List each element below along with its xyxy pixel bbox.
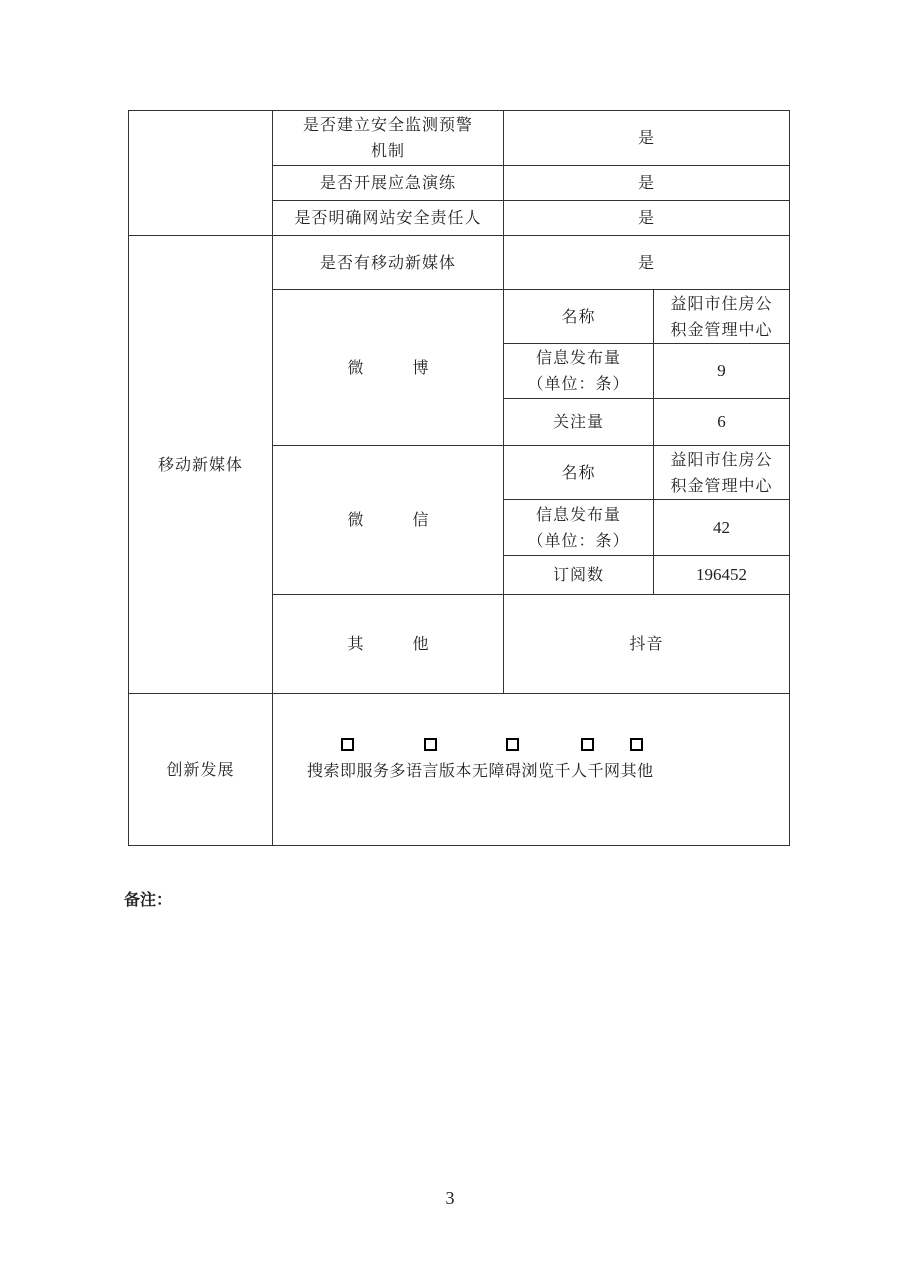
wechat-posts-label-line1: 信息发布量 xyxy=(536,502,621,528)
security-monitoring-value: 是 xyxy=(503,110,790,166)
security-monitoring-label-line2: 机制 xyxy=(371,138,405,164)
wechat-label-text: 微 信 xyxy=(325,507,450,533)
wechat-name-label: 名称 xyxy=(503,445,654,500)
checkbox-icon[interactable] xyxy=(424,738,437,751)
wechat-posts-label: 信息发布量 （单位：条） xyxy=(503,499,654,556)
option-personalized[interactable]: 千人千网 xyxy=(555,732,621,784)
security-officer-value-text: 是 xyxy=(638,205,655,231)
emergency-drill-label: 是否开展应急演练 xyxy=(272,165,504,201)
page-number: 3 xyxy=(0,1188,900,1209)
option-label: 搜索即服务 xyxy=(307,758,390,784)
option-multilingual[interactable]: 多语言版本 xyxy=(390,732,473,784)
has-mobile-media-label-text: 是否有移动新媒体 xyxy=(320,250,456,276)
wechat-name-value: 益阳市住房公 积金管理中心 xyxy=(653,445,790,500)
security-section-label-cell xyxy=(128,110,273,236)
weibo-posts-value: 9 xyxy=(653,343,790,399)
option-accessibility[interactable]: 无障碍浏览 xyxy=(472,732,555,784)
weibo-posts-label: 信息发布量 （单位：条） xyxy=(503,343,654,399)
innovation-section-label: 创新发展 xyxy=(128,693,273,846)
weibo-name-label-text: 名称 xyxy=(561,304,595,330)
mobile-media-section-label-text: 移动新媒体 xyxy=(158,452,243,478)
wechat-subscribers-value: 196452 xyxy=(653,555,790,595)
has-mobile-media-label: 是否有移动新媒体 xyxy=(272,235,504,290)
weibo-label-text: 微 博 xyxy=(325,355,450,381)
has-mobile-media-value: 是 xyxy=(503,235,790,290)
innovation-section-label-text: 创新发展 xyxy=(166,757,234,783)
wechat-subscribers-label: 订阅数 xyxy=(503,555,654,595)
checkbox-icon[interactable] xyxy=(506,738,519,751)
wechat-posts-value: 42 xyxy=(653,499,790,556)
option-label: 其他 xyxy=(621,758,654,784)
emergency-drill-value: 是 xyxy=(503,165,790,201)
emergency-drill-label-text: 是否开展应急演练 xyxy=(320,170,456,196)
weibo-name-line1: 益阳市住房公 xyxy=(670,291,772,317)
wechat-name-label-text: 名称 xyxy=(561,460,595,486)
option-search-as-service[interactable]: 搜索即服务 xyxy=(307,732,390,784)
wechat-subscribers-value-text: 196452 xyxy=(696,562,747,588)
weibo-name-label: 名称 xyxy=(503,289,654,344)
weibo-followers-label-text: 关注量 xyxy=(553,409,604,435)
notes-label: 备注： xyxy=(124,887,172,910)
wechat-posts-value-text: 42 xyxy=(713,515,730,541)
wechat-name-line1: 益阳市住房公 xyxy=(670,447,772,473)
weibo-name-line2: 积金管理中心 xyxy=(670,317,772,343)
security-officer-label: 是否明确网站安全责任人 xyxy=(272,200,504,236)
security-monitoring-label: 是否建立安全监测预警 机制 xyxy=(272,110,504,166)
option-label: 多语言版本 xyxy=(390,758,473,784)
checkbox-icon[interactable] xyxy=(581,738,594,751)
other-media-label: 其 他 xyxy=(272,594,504,694)
mobile-media-section-label: 移动新媒体 xyxy=(128,235,273,694)
innovation-options: 搜索即服务 多语言版本 无障碍浏览 千人千网 其他 xyxy=(272,693,790,846)
weibo-followers-label: 关注量 xyxy=(503,398,654,446)
wechat-name-line2: 积金管理中心 xyxy=(670,473,772,499)
wechat-posts-label-line2: （单位：条） xyxy=(527,528,629,554)
other-media-label-text: 其 他 xyxy=(325,631,450,657)
security-officer-label-text: 是否明确网站安全责任人 xyxy=(294,205,481,231)
other-media-value: 抖音 xyxy=(503,594,790,694)
weibo-posts-value-text: 9 xyxy=(717,358,726,384)
emergency-drill-value-text: 是 xyxy=(638,170,655,196)
security-officer-value: 是 xyxy=(503,200,790,236)
other-media-value-text: 抖音 xyxy=(629,631,663,657)
security-monitoring-value-text: 是 xyxy=(638,125,655,151)
option-other[interactable]: 其他 xyxy=(621,732,654,784)
checkbox-icon[interactable] xyxy=(630,738,643,751)
option-label: 无障碍浏览 xyxy=(472,758,555,784)
security-monitoring-label-line1: 是否建立安全监测预警 xyxy=(303,112,473,138)
has-mobile-media-value-text: 是 xyxy=(638,250,655,276)
wechat-label: 微 信 xyxy=(272,445,504,595)
weibo-label: 微 博 xyxy=(272,289,504,446)
weibo-followers-value: 6 xyxy=(653,398,790,446)
weibo-followers-value-text: 6 xyxy=(717,409,726,435)
checkbox-icon[interactable] xyxy=(341,738,354,751)
option-label: 千人千网 xyxy=(555,758,621,784)
weibo-name-value: 益阳市住房公 积金管理中心 xyxy=(653,289,790,344)
wechat-subscribers-label-text: 订阅数 xyxy=(553,562,604,588)
weibo-posts-label-line2: （单位：条） xyxy=(527,371,629,397)
weibo-posts-label-line1: 信息发布量 xyxy=(536,345,621,371)
